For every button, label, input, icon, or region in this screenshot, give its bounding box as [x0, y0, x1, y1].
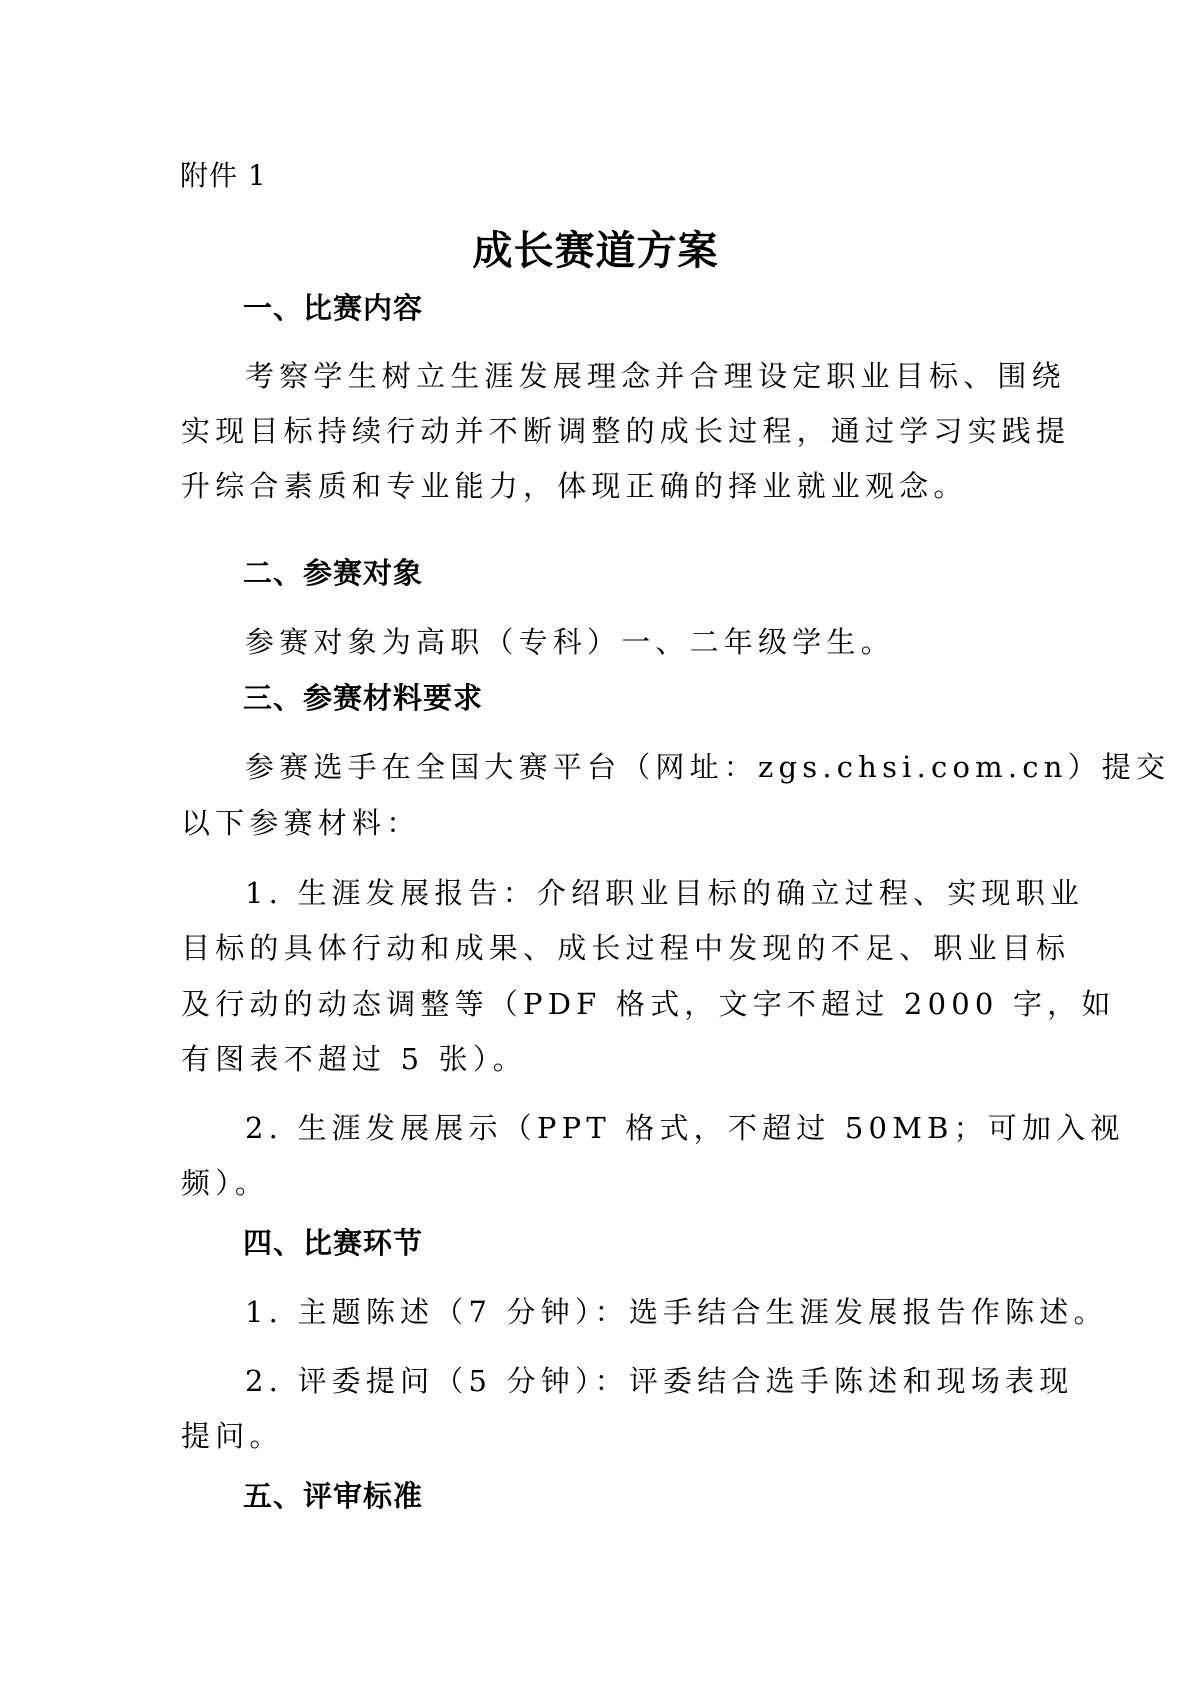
paragraph-line: 1. 主题陈述（7 分钟）：选手结合生涯发展报告作陈述。	[245, 1294, 1108, 1330]
section-heading-3: 三、参赛材料要求	[243, 680, 483, 716]
document-page: 附件 1 成长赛道方案 一、比赛内容 考察学生树立生涯发展理念并合理设定职业目标…	[0, 0, 1191, 1684]
section-heading-4: 四、比赛环节	[243, 1225, 423, 1261]
paragraph-line: 及行动的动态调整等（PDF 格式，文字不超过 2000 字，如	[181, 986, 1116, 1022]
paragraph-line: 提问。	[181, 1418, 284, 1454]
paragraph-line: 1. 生涯发展报告：介绍职业目标的确立过程、实现职业	[245, 875, 1084, 911]
section-heading-5: 五、评审标准	[243, 1478, 423, 1514]
paragraph-line: 有图表不超过 5 张）。	[181, 1041, 527, 1077]
paragraph-line: 参赛对象为高职（专科）一、二年级学生。	[245, 624, 895, 660]
section-heading-2: 二、参赛对象	[243, 555, 423, 591]
paragraph-line: 实现目标持续行动并不断调整的成长过程，通过学习实践提	[181, 413, 1070, 449]
paragraph-line: 以下参赛材料：	[181, 805, 420, 841]
paragraph-line: 频）。	[181, 1165, 269, 1201]
document-title: 成长赛道方案	[0, 226, 1191, 276]
paragraph-line: 升综合素质和专业能力，体现正确的择业就业观念。	[181, 468, 968, 504]
paragraph-line: 参赛选手在全国大赛平台（网址：zgs.chsi.com.cn）提交	[245, 749, 1170, 785]
paragraph-line: 考察学生树立生涯发展理念并合理设定职业目标、围绕	[245, 358, 1066, 394]
paragraph-line: 目标的具体行动和成果、成长过程中发现的不足、职业目标	[181, 930, 1070, 966]
paragraph-line: 2. 评委提问（5 分钟）：评委结合选手陈述和现场表现	[245, 1363, 1073, 1399]
section-heading-1: 一、比赛内容	[243, 290, 423, 326]
annex-label: 附件 1	[180, 158, 267, 194]
paragraph-line: 2. 生涯发展展示（PPT 格式，不超过 50MB；可加入视	[245, 1110, 1125, 1146]
